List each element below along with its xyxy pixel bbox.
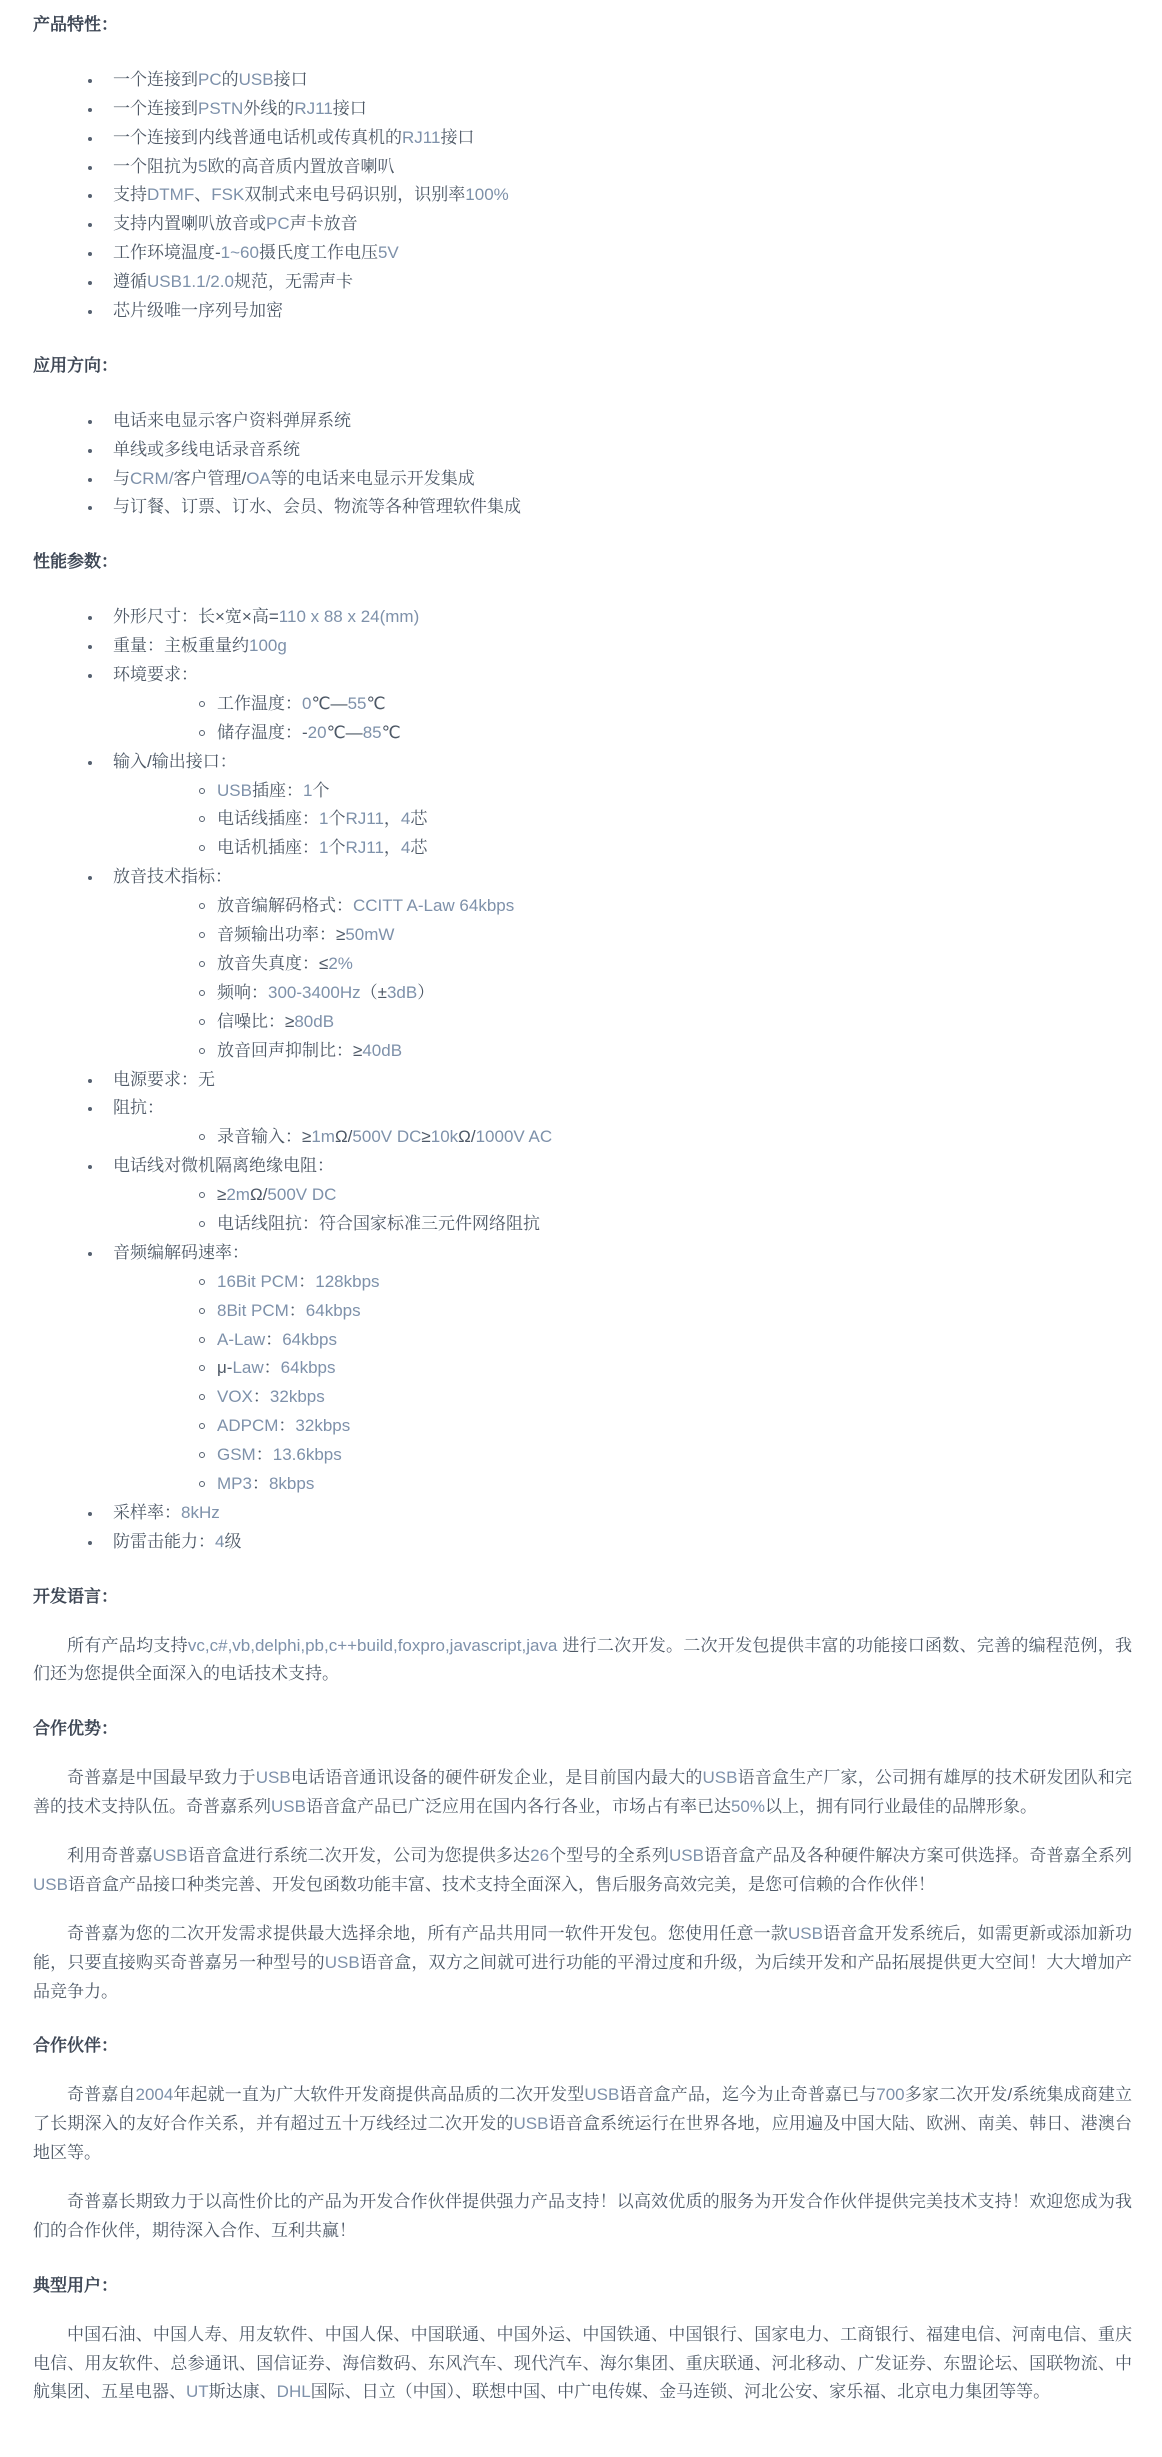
list-item-text: 音频输出功率：≥50mW [217, 925, 394, 944]
list-item-text: 采样率：8kHz [113, 1503, 220, 1522]
bullet-list: 一个连接到PC的USB接口一个连接到PSTN外线的RJ11接口一个连接到内线普通… [33, 66, 1132, 326]
sub-list-item: 放音失真度：≤2% [113, 950, 1132, 979]
list-item-text: 16Bit PCM：128kbps [217, 1272, 380, 1291]
list-item: 输入/输出接口：USB插座：1个电话线插座：1个RJ11，4芯电话机插座：1个R… [33, 748, 1132, 864]
sub-bullet-list: 16Bit PCM：128kbps8Bit PCM：64kbpsA-Law：64… [113, 1268, 1132, 1499]
list-item: 采样率：8kHz [33, 1499, 1132, 1528]
bullet-list: 外形尺寸：长×宽×高=110 x 88 x 24(mm)重量：主板重量约100g… [33, 603, 1132, 1556]
sub-list-item: GSM：13.6kbps [113, 1441, 1132, 1470]
list-item-text: 重量：主板重量约100g [113, 636, 287, 655]
list-item: 支持DTMF、FSK双制式来电号码识别，识别率100% [33, 181, 1132, 210]
sub-list-item: 放音回声抑制比：≥40dB [113, 1037, 1132, 1066]
list-item: 支持内置喇叭放音或PC声卡放音 [33, 210, 1132, 239]
list-item: 工作环境温度-1~60摄氏度工作电压5V [33, 239, 1132, 268]
list-item: 一个连接到内线普通电话机或传真机的RJ11接口 [33, 124, 1132, 153]
list-item-text: 一个连接到PC的USB接口 [113, 70, 308, 89]
list-item-text: 单线或多线电话录音系统 [113, 440, 300, 459]
section-heading-partners: 合作伙伴： [33, 2032, 1132, 2061]
list-item-text: 工作环境温度-1~60摄氏度工作电压5V [113, 243, 399, 262]
list-item-text: 录音输入：≥1mΩ/500V DC≥10kΩ/1000V AC [217, 1127, 552, 1146]
sub-list-item: 音频输出功率：≥50mW [113, 921, 1132, 950]
list-item: 一个连接到PC的USB接口 [33, 66, 1132, 95]
list-item-text: 工作温度：0℃—55℃ [217, 694, 386, 713]
paragraph: 奇普嘉是中国最早致力于USB电话语音通讯设备的硬件研发企业，是目前国内最大的US… [33, 1764, 1132, 1822]
sub-list-item: 16Bit PCM：128kbps [113, 1268, 1132, 1297]
list-item-text: 电话线阻抗：符合国家标准三元件网络阻抗 [217, 1214, 540, 1233]
list-item-text: 信噪比：≥80dB [217, 1012, 334, 1031]
product-spec-document: 产品特性：一个连接到PC的USB接口一个连接到PSTN外线的RJ11接口一个连接… [0, 0, 1162, 2437]
list-item-text: GSM：13.6kbps [217, 1445, 342, 1464]
list-item-text: 电话来电显示客户资料弹屏系统 [113, 411, 351, 430]
list-item-text: 电话机插座：1个RJ11，4芯 [217, 838, 427, 857]
list-item-text: ≥2mΩ/500V DC [217, 1185, 336, 1204]
list-item: 电源要求：无 [33, 1066, 1132, 1095]
list-item-text: 输入/输出接口： [113, 752, 237, 771]
sub-bullet-list: USB插座：1个电话线插座：1个RJ11，4芯电话机插座：1个RJ11，4芯 [113, 777, 1132, 864]
sub-list-item: 电话机插座：1个RJ11，4芯 [113, 834, 1132, 863]
list-item: 遵循USB1.1/2.0规范，无需声卡 [33, 268, 1132, 297]
list-item: 放音技术指标：放音编解码格式：CCITT A-Law 64kbps音频输出功率：… [33, 863, 1132, 1065]
list-item-text: 电话线插座：1个RJ11，4芯 [217, 809, 427, 828]
list-item-text: 放音技术指标： [113, 867, 232, 886]
list-item-text: 电话线对微机隔离绝缘电阻： [113, 1156, 334, 1175]
list-item-text: 电源要求：无 [113, 1070, 215, 1089]
list-item-text: 环境要求： [113, 665, 198, 684]
list-item-text: 防雷击能力：4级 [113, 1532, 241, 1551]
sub-list-item: 信噪比：≥80dB [113, 1008, 1132, 1037]
bullet-list: 电话来电显示客户资料弹屏系统单线或多线电话录音系统与CRM/客户管理/OA等的电… [33, 407, 1132, 523]
sub-list-item: 电话线插座：1个RJ11，4芯 [113, 805, 1132, 834]
list-item: 与CRM/客户管理/OA等的电话来电显示开发集成 [33, 465, 1132, 494]
list-item: 与订餐、订票、订水、会员、物流等各种管理软件集成 [33, 493, 1132, 522]
list-item-text: VOX：32kbps [217, 1387, 325, 1406]
list-item-text: 阻抗： [113, 1098, 164, 1117]
list-item-text: 放音回声抑制比：≥40dB [217, 1041, 402, 1060]
sub-list-item: 储存温度：-20℃—85℃ [113, 719, 1132, 748]
list-item: 音频编解码速率：16Bit PCM：128kbps8Bit PCM：64kbps… [33, 1239, 1132, 1499]
list-item-text: 一个连接到内线普通电话机或传真机的RJ11接口 [113, 128, 474, 147]
section-heading-applications: 应用方向： [33, 352, 1132, 381]
paragraph: 奇普嘉长期致力于以高性价比的产品为开发合作伙伴提供强力产品支持！以高效优质的服务… [33, 2188, 1132, 2246]
list-item-text: 外形尺寸：长×宽×高=110 x 88 x 24(mm) [113, 607, 419, 626]
list-item-text: 频响：300-3400Hz（±3dB） [217, 983, 434, 1002]
sub-list-item: A-Law：64kbps [113, 1326, 1132, 1355]
sub-list-item: 放音编解码格式：CCITT A-Law 64kbps [113, 892, 1132, 921]
sub-list-item: 电话线阻抗：符合国家标准三元件网络阻抗 [113, 1210, 1132, 1239]
list-item-text: μ-Law：64kbps [217, 1358, 335, 1377]
list-item-text: 遵循USB1.1/2.0规范，无需声卡 [113, 272, 353, 291]
list-item-text: 芯片级唯一序列号加密 [113, 301, 283, 320]
sub-bullet-list: ≥2mΩ/500V DC电话线阻抗：符合国家标准三元件网络阻抗 [113, 1181, 1132, 1239]
sub-list-item: 录音输入：≥1mΩ/500V DC≥10kΩ/1000V AC [113, 1123, 1132, 1152]
list-item-text: A-Law：64kbps [217, 1330, 337, 1349]
list-item-text: 8Bit PCM：64kbps [217, 1301, 361, 1320]
list-item-text: 放音失真度：≤2% [217, 954, 353, 973]
list-item-text: 与订餐、订票、订水、会员、物流等各种管理软件集成 [113, 497, 521, 516]
sub-list-item: μ-Law：64kbps [113, 1354, 1132, 1383]
list-item: 芯片级唯一序列号加密 [33, 297, 1132, 326]
list-item-text: 储存温度：-20℃—85℃ [217, 723, 401, 742]
sub-list-item: USB插座：1个 [113, 777, 1132, 806]
section-heading-advantages: 合作优势： [33, 1715, 1132, 1744]
section-heading-specs: 性能参数： [33, 548, 1132, 577]
paragraph: 利用奇普嘉USB语音盒进行系统二次开发，公司为您提供多达26个型号的全系列USB… [33, 1842, 1132, 1900]
section-heading-customers: 典型用户： [33, 2272, 1132, 2301]
list-item-text: MP3：8kbps [217, 1474, 314, 1493]
sub-list-item: MP3：8kbps [113, 1470, 1132, 1499]
list-item-text: USB插座：1个 [217, 781, 329, 800]
sub-bullet-list: 录音输入：≥1mΩ/500V DC≥10kΩ/1000V AC [113, 1123, 1132, 1152]
list-item-text: 支持内置喇叭放音或PC声卡放音 [113, 214, 358, 233]
list-item-text: 一个阻抗为5欧的高音质内置放音喇叭 [113, 157, 394, 176]
section-heading-features: 产品特性： [33, 11, 1132, 40]
sub-list-item: 工作温度：0℃—55℃ [113, 690, 1132, 719]
paragraph: 所有产品均支持vc,c#,vb,delphi,pb,c++build,foxpr… [33, 1632, 1132, 1690]
sub-bullet-list: 工作温度：0℃—55℃储存温度：-20℃—85℃ [113, 690, 1132, 748]
list-item: 阻抗：录音输入：≥1mΩ/500V DC≥10kΩ/1000V AC [33, 1094, 1132, 1152]
list-item: 一个连接到PSTN外线的RJ11接口 [33, 95, 1132, 124]
list-item: 外形尺寸：长×宽×高=110 x 88 x 24(mm) [33, 603, 1132, 632]
list-item: 重量：主板重量约100g [33, 632, 1132, 661]
sub-list-item: VOX：32kbps [113, 1383, 1132, 1412]
sub-bullet-list: 放音编解码格式：CCITT A-Law 64kbps音频输出功率：≥50mW放音… [113, 892, 1132, 1065]
paragraph: 奇普嘉为您的二次开发需求提供最大选择余地，所有产品共用同一软件开发包。您使用任意… [33, 1920, 1132, 2007]
sub-list-item: 频响：300-3400Hz（±3dB） [113, 979, 1132, 1008]
list-item-text: 一个连接到PSTN外线的RJ11接口 [113, 99, 367, 118]
list-item: 一个阻抗为5欧的高音质内置放音喇叭 [33, 153, 1132, 182]
list-item: 防雷击能力：4级 [33, 1528, 1132, 1557]
list-item: 电话来电显示客户资料弹屏系统 [33, 407, 1132, 436]
sub-list-item: ≥2mΩ/500V DC [113, 1181, 1132, 1210]
paragraph: 中国石油、中国人寿、用友软件、中国人保、中国联通、中国外运、中国铁通、中国银行、… [33, 2321, 1132, 2408]
list-item-text: 放音编解码格式：CCITT A-Law 64kbps [217, 896, 514, 915]
section-heading-dev_languages: 开发语言： [33, 1583, 1132, 1612]
list-item: 环境要求：工作温度：0℃—55℃储存温度：-20℃—85℃ [33, 661, 1132, 748]
list-item-text: ADPCM：32kbps [217, 1416, 350, 1435]
sub-list-item: ADPCM：32kbps [113, 1412, 1132, 1441]
sub-list-item: 8Bit PCM：64kbps [113, 1297, 1132, 1326]
list-item-text: 与CRM/客户管理/OA等的电话来电显示开发集成 [113, 469, 475, 488]
list-item-text: 支持DTMF、FSK双制式来电号码识别，识别率100% [113, 185, 509, 204]
list-item: 电话线对微机隔离绝缘电阻：≥2mΩ/500V DC电话线阻抗：符合国家标准三元件… [33, 1152, 1132, 1239]
list-item: 单线或多线电话录音系统 [33, 436, 1132, 465]
paragraph: 奇普嘉自2004年起就一直为广大软件开发商提供高品质的二次开发型USB语音盒产品… [33, 2081, 1132, 2168]
list-item-text: 音频编解码速率： [113, 1243, 249, 1262]
